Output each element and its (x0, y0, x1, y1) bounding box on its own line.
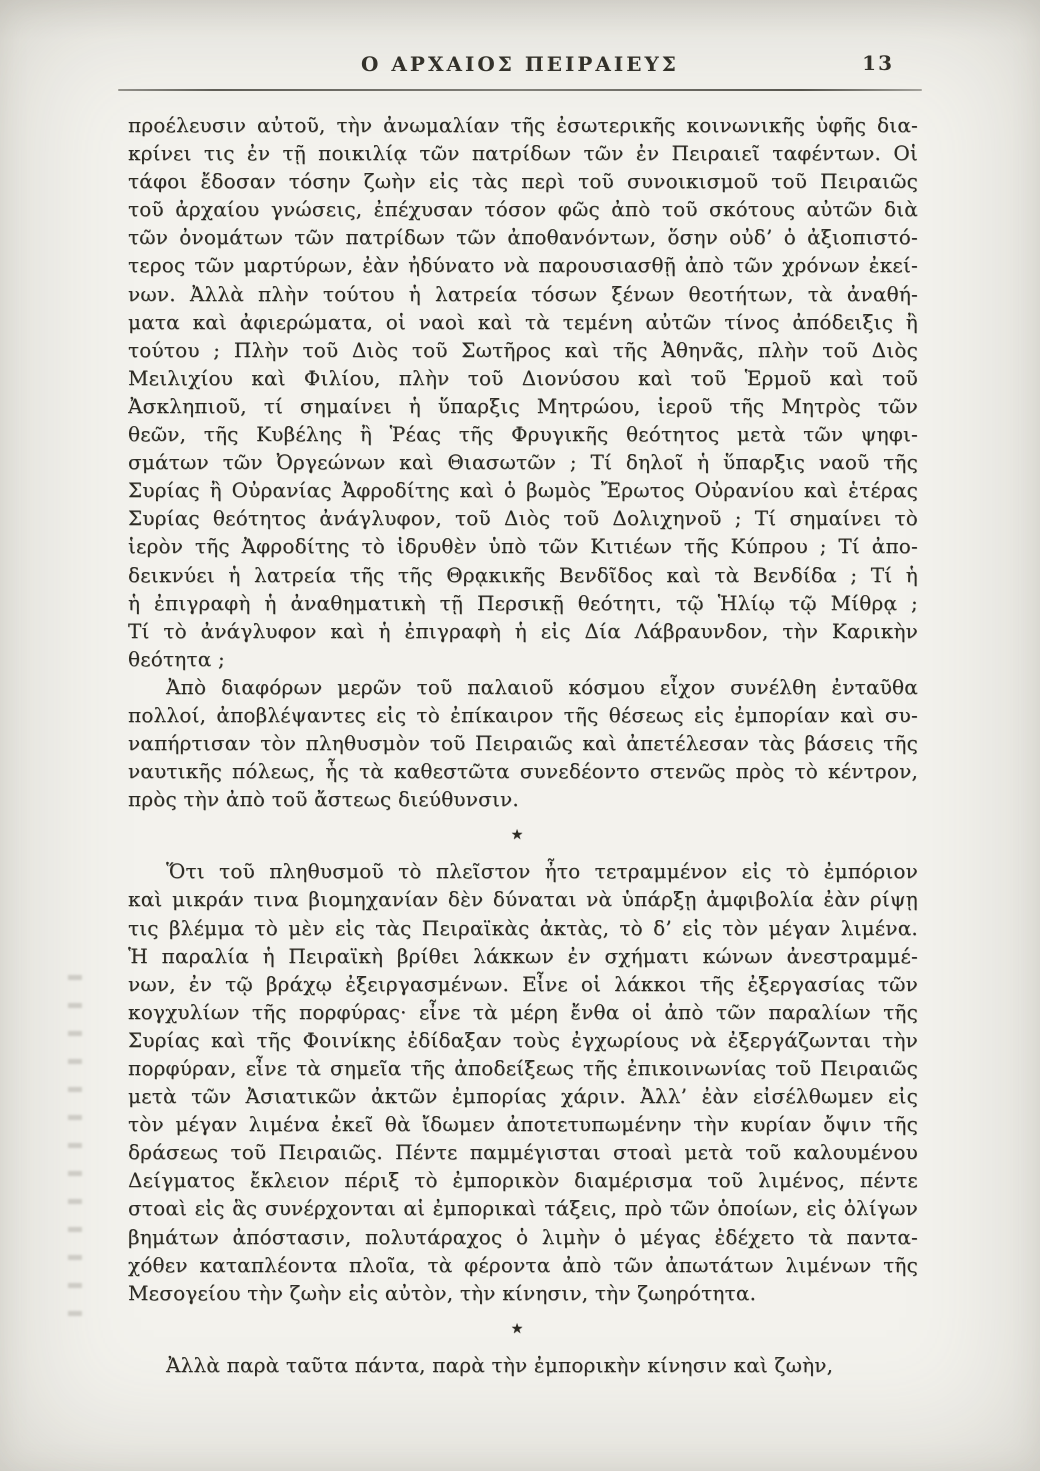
scanned-page: Ο ΑΡΧΑΙΟΣ ΠΕΙΡΑΙΕΥΣ 13 προέλευσιν αὐτοῦ,… (0, 0, 1040, 1471)
text-line: τῶν ὀνομάτων τῶν πατρίδων τῶν ἀποθανόντω… (128, 223, 918, 251)
text-line: προέλευσιν αὐτοῦ, τὴν ἀνωμαλίαν τῆς ἐσωτ… (128, 111, 918, 139)
text-line: πορφύραν, εἶνε τὰ σημεῖα τῆς ἀποδείξεως … (128, 1054, 918, 1082)
text-line: Συρίας καὶ τῆς Φοινίκης ἐδίδαξαν τοὺς ἐγ… (128, 1026, 918, 1054)
page-number: 13 (862, 51, 894, 75)
running-title: Ο ΑΡΧΑΙΟΣ ΠΕΙΡΑΙΕΥΣ (118, 52, 922, 76)
text-line: Μειλιχίου καὶ Φιλίου, πλὴν τοῦ Διονύσου … (128, 364, 918, 392)
text-line: Ἀλλὰ παρὰ ταῦτα πάντα, παρὰ τὴν ἐμπορικὴ… (128, 1351, 918, 1379)
paragraph: Ἀλλὰ παρὰ ταῦτα πάντα, παρὰ τὴν ἐμπορικὴ… (128, 1351, 918, 1379)
text-line: βημάτων ἀπόστασιν, πολυτάραχος ὁ λιμὴν ὁ… (128, 1223, 918, 1251)
text-line: Ἡ παραλία ἡ Πειραϊκὴ βρίθει λάκκων ἐν σχ… (128, 942, 918, 970)
text-line: ναυτικῆς πόλεως, ἧς τὰ καθεστῶτα συνεδέο… (128, 757, 918, 785)
text-line: τοῦ ἀρχαίου γνώσεις, ἐπέχυσαν τόσον φῶς … (128, 195, 918, 223)
text-line: ἡ ἐπιγραφὴ ἡ ἀναθηματικὴ τῇ Περσικῇ θεότ… (128, 589, 918, 617)
text-line: τάφοι ἔδοσαν τόσην ζωὴν εἰς τὰς περὶ τοῦ… (128, 167, 918, 195)
paragraph: προέλευσιν αὐτοῦ, τὴν ἀνωμαλίαν τῆς ἐσωτ… (128, 111, 918, 673)
section-separator: ★ (128, 1307, 918, 1351)
text-line: Ὅτι τοῦ πληθυσμοῦ τὸ πλεῖστον ἦτο τετραμ… (128, 857, 918, 885)
text-line: δράσεως τοῦ Πειραιῶς. Πέντε παμμέγισται … (128, 1138, 918, 1166)
text-line: πρὸς τὴν ἀπὸ τοῦ ἄστεως διεύθυνσιν. (128, 785, 918, 813)
text-line: θεότητα ; (128, 645, 918, 673)
text-line: Μεσογείου τὴν ζωὴν εἰς αὐτὸν, τὴν κίνησι… (128, 1279, 918, 1307)
binding-artifact-marks (68, 955, 82, 1335)
text-line: Ἀσκληπιοῦ, τί σημαίνει ἡ ὕπαρξις Μητρώου… (128, 392, 918, 420)
text-line: ματα καὶ ἀφιερώματα, οἱ ναοὶ καὶ τὰ τεμέ… (128, 308, 918, 336)
header-rule (118, 89, 922, 91)
text-line: σμάτων τῶν Ὀργεώνων καὶ Θιασωτῶν ; Τί δη… (128, 448, 918, 476)
text-line: νων. Ἀλλὰ πλὴν τούτου ἡ λατρεία τόσων ξέ… (128, 280, 918, 308)
star-icon: ★ (511, 827, 524, 843)
text-line: Ἀπὸ διαφόρων μερῶν τοῦ παλαιοῦ κόσμου εἶ… (128, 673, 918, 701)
text-line: κογχυλίων τῆς πορφύρας· εἶνε τὰ μέρη ἔνθ… (128, 998, 918, 1026)
scan-edge-smudge (0, 0, 1040, 40)
text-line: χόθεν καταπλέοντα πλοῖα, τὰ φέροντα ἀπὸ … (128, 1251, 918, 1279)
text-line: μετὰ τῶν Ἀσιατικῶν ἀκτῶν ἐμπορίας χάριν.… (128, 1082, 918, 1110)
text-column: προέλευσιν αὐτοῦ, τὴν ἀνωμαλίαν τῆς ἐσωτ… (128, 111, 918, 1379)
star-icon: ★ (511, 1321, 524, 1337)
paragraph: Ὅτι τοῦ πληθυσμοῦ τὸ πλεῖστον ἦτο τετραμ… (128, 857, 918, 1307)
page-header: Ο ΑΡΧΑΙΟΣ ΠΕΙΡΑΙΕΥΣ 13 (118, 50, 922, 84)
text-line: θεῶν, τῆς Κυβέλης ἢ Ῥέας τῆς Φρυγικῆς θε… (128, 420, 918, 448)
text-line: τούτου ; Πλὴν τοῦ Διὸς τοῦ Σωτῆρος καὶ τ… (128, 336, 918, 364)
text-line: τὸν μέγαν λιμένα ἐκεῖ θὰ ἴδωμεν ἀποτετυπ… (128, 1110, 918, 1138)
text-line: Τί τὸ ἀνάγλυφον καὶ ἡ ἐπιγραφὴ ἡ εἰς Δία… (128, 617, 918, 645)
paragraph: Ἀπὸ διαφόρων μερῶν τοῦ παλαιοῦ κόσμου εἶ… (128, 673, 918, 813)
text-line: κρίνει τις ἐν τῇ ποικιλίᾳ τῶν πατρίδων τ… (128, 139, 918, 167)
text-line: τις βλέμμα τὸ μὲν εἰς τὰς Πειραϊκὰς ἀκτὰ… (128, 914, 918, 942)
text-line: Συρίας θεότητος ἀνάγλυφον, τοῦ Διὸς τοῦ … (128, 504, 918, 532)
text-line: Δείγματος ἔκλειον πέριξ τὸ ἐμπορικὸν δια… (128, 1166, 918, 1194)
text-line: ἱερὸν τῆς Ἀφροδίτης τὸ ἱδρυθὲν ὑπὸ τῶν Κ… (128, 532, 918, 560)
text-line: τερος τῶν μαρτύρων, ἐὰν ἠδύνατο νὰ παρου… (128, 251, 918, 279)
text-line: Συρίας ἢ Οὐρανίας Ἀφροδίτης καὶ ὁ βωμὸς … (128, 476, 918, 504)
text-line: πολλοί, ἀποβλέψαντες εἰς τὸ ἐπίκαιρον τῆ… (128, 701, 918, 729)
text-line: στοαὶ εἰς ἃς συνέρχονται αἱ ἐμπορικαὶ τά… (128, 1194, 918, 1222)
section-separator: ★ (128, 813, 918, 857)
text-line: νων, ἐν τῷ βράχῳ ἐξειργασμένων. Εἶνε οἱ … (128, 970, 918, 998)
text-line: δεικνύει ἡ λατρεία τῆς τῆς Θρᾳκικῆς Βενδ… (128, 561, 918, 589)
text-line: καὶ μικράν τινα βιομηχανίαν δὲν δύναται … (128, 885, 918, 913)
text-line: ναπήρτισαν τὸν πληθυσμὸν τοῦ Πειραιῶς κα… (128, 729, 918, 757)
